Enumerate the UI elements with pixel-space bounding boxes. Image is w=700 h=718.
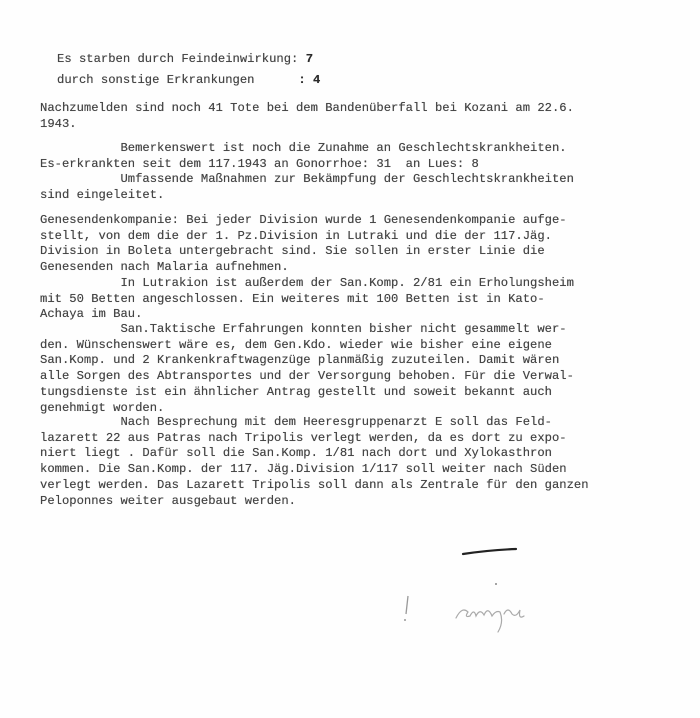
deaths-other-illness-value: : 4 [298, 73, 320, 87]
deaths-other-illness-line: durch sonstige Erkrankungen : 4 [57, 73, 320, 87]
paragraph-genesendenkompanie-line: mit 50 Betten angeschlossen. Ein weitere… [40, 292, 545, 306]
paragraph-san-taktische-line: alle Sorgen des Abtransportes und der Ve… [40, 369, 574, 383]
paragraph-besprechung-line: verlegt werden. Das Lazarett Tripolis so… [40, 478, 589, 492]
paragraph-genesendenkompanie-line: Genesenden nach Malaria aufnehmen. [40, 260, 289, 274]
deaths-enemy-action-label: Es starben durch Feindeinwirkung: [57, 52, 298, 66]
deaths-other-illness-label: durch sonstige Erkrankungen [57, 73, 254, 87]
paragraph-geschlechtskrankheiten-line: sind eingeleitet. [40, 188, 164, 202]
handwritten-signature [400, 540, 570, 640]
paragraph-san-taktische-line: tungsdienste ist ein ähnlicher Antrag ge… [40, 385, 552, 399]
paragraph-besprechung-line: Nach Besprechung mit dem Heeresgruppenar… [40, 415, 552, 429]
paragraph-besprechung-line: lazarett 22 aus Patras nach Tripolis ver… [40, 431, 567, 445]
paragraph-genesendenkompanie-line: stellt, von dem die der 1. Pz.Division i… [40, 229, 552, 243]
paragraph-besprechung-line: niert liegt . Dafür soll die San.Komp. 1… [40, 446, 552, 460]
paragraph-san-taktische-line: den. Wünschenswert wäre es, dem Gen.Kdo.… [40, 338, 552, 352]
document-page: Es starben durch Feindeinwirkung: 7 durc… [0, 0, 700, 718]
paragraph-san-taktische-line: San.Taktische Erfahrungen konnten bisher… [40, 322, 567, 336]
signature-icon [400, 540, 570, 640]
paragraph-geschlechtskrankheiten-line: Bemerkenswert ist noch die Zunahme an Ge… [40, 141, 567, 155]
deaths-enemy-action-value: 7 [306, 52, 313, 66]
paragraph-geschlechtskrankheiten-line: Es-erkrankten seit dem 117.1943 an Gonor… [40, 157, 479, 171]
paragraph-genesendenkompanie-line: Division in Boleta untergebracht sind. S… [40, 244, 545, 258]
paragraph-nachzumelden-line: 1943. [40, 117, 77, 131]
paragraph-san-taktische-line: genehmigt worden. [40, 401, 164, 415]
paragraph-genesendenkompanie-line: Genesendenkompanie: Bei jeder Division w… [40, 213, 567, 227]
paragraph-genesendenkompanie-line: In Lutrakion ist außerdem der San.Komp. … [40, 276, 574, 290]
paragraph-besprechung-line: kommen. Die San.Komp. der 117. Jäg.Divis… [40, 462, 567, 476]
paragraph-geschlechtskrankheiten-line: Umfassende Maßnahmen zur Bekämpfung der … [40, 172, 574, 186]
paragraph-genesendenkompanie-line: Achaya im Bau. [40, 307, 142, 321]
paragraph-besprechung-line: Peloponnes weiter ausgebaut werden. [40, 494, 296, 508]
deaths-enemy-action-line: Es starben durch Feindeinwirkung: 7 [57, 52, 313, 66]
paragraph-san-taktische-line: San.Komp. und 2 Krankenkraftwagenzüge pl… [40, 353, 559, 367]
paragraph-nachzumelden-line: Nachzumelden sind noch 41 Tote bei dem B… [40, 101, 574, 115]
